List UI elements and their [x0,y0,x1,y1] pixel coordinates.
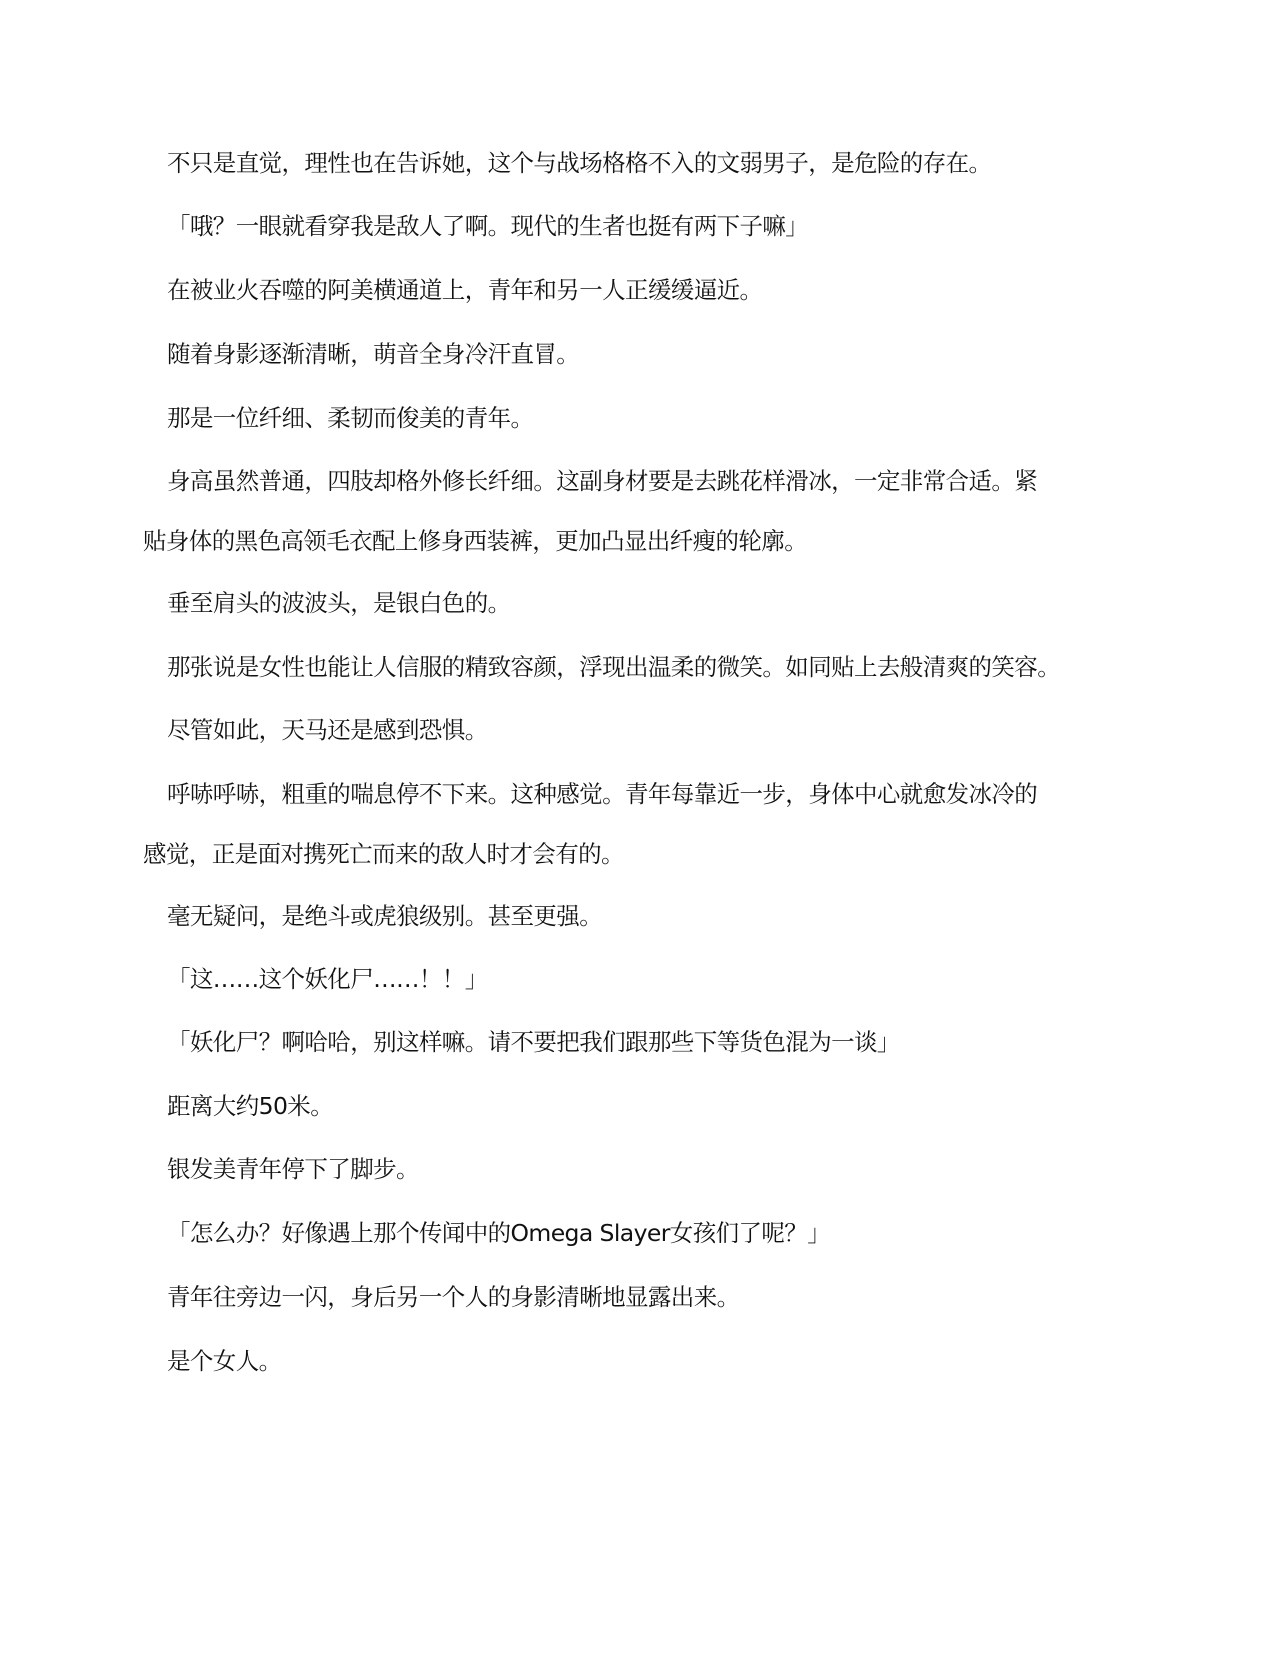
paragraph-line: 那是一位纤细、柔韧而俊美的青年。 [143,402,533,434]
paragraph-continuation-line: 感觉，正是面对携死亡而来的敌人时才会有的。 [143,838,624,870]
document-page: 不只是直觉，理性也在告诉她，这个与战场格格不入的文弱男子，是危险的存在。 「哦？… [0,0,1280,1656]
paragraph-line: 是个女人。 [143,1345,282,1377]
paragraph-line: 身高虽然普通，四肢却格外修长纤细。这副身材要是去跳花样滑冰，一定非常合适。紧 [143,465,1037,497]
paragraph-line: 尽管如此，天马还是感到恐惧。 [143,714,488,746]
paragraph-line: 距离大约50米。 [143,1090,333,1122]
paragraph-line: 那张说是女性也能让人信服的精致容颜，浮现出温柔的微笑。如同贴上去般清爽的笑容。 [143,651,1060,683]
paragraph-line: 在被业火吞噬的阿美横通道上，青年和另一人正缓缓逼近。 [143,274,762,306]
dialogue-line: 「妖化尸？啊哈哈，别这样嘛。请不要把我们跟那些下等货色混为一谈」 [143,1026,900,1058]
dialogue-line: 「怎么办？好像遇上那个传闻中的Omega Slayer女孩们了呢？」 [143,1217,830,1249]
paragraph-line: 呼哧呼哧，粗重的喘息停不下来。这种感觉。青年每靠近一步，身体中心就愈发冰冷的 [143,778,1037,810]
paragraph-line: 青年往旁边一闪，身后另一个人的身影清晰地显露出来。 [143,1281,740,1313]
paragraph-line: 垂至肩头的波波头，是银白色的。 [143,587,511,619]
dialogue-line: 「这……这个妖化尸……！！」 [143,963,488,995]
paragraph-line: 不只是直觉，理性也在告诉她，这个与战场格格不入的文弱男子，是危险的存在。 [143,147,991,179]
paragraph-line: 银发美青年停下了脚步。 [143,1153,419,1185]
paragraph-continuation-line: 贴身体的黑色高领毛衣配上修身西装裤，更加凸显出纤瘦的轮廓。 [143,525,807,557]
paragraph-line: 毫无疑问，是绝斗或虎狼级别。甚至更强。 [143,900,602,932]
dialogue-line: 「哦？一眼就看穿我是敌人了啊。现代的生者也挺有两下子嘛」 [143,210,808,242]
paragraph-line: 随着身影逐渐清晰，萌音全身冷汗直冒。 [143,338,579,370]
